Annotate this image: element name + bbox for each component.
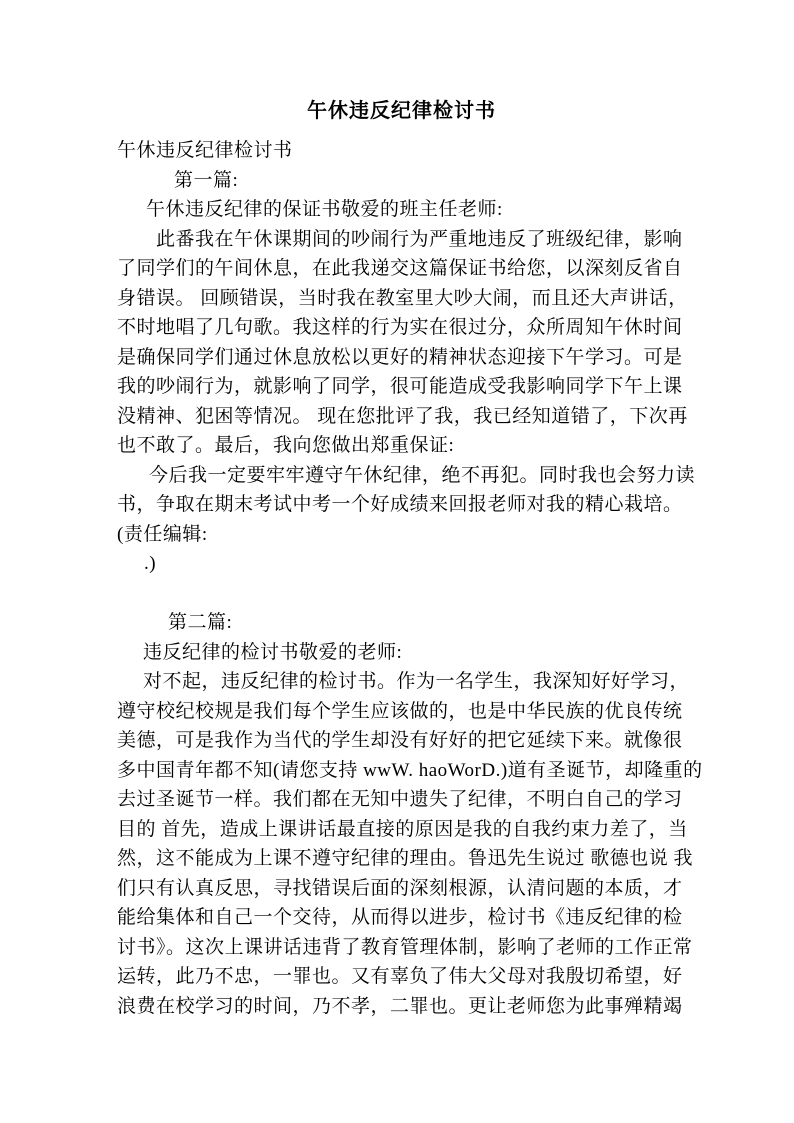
text-line: 午休违反纪律的保证书敬爱的班主任老师: — [117, 195, 686, 225]
text-line: 们只有认真反思，寻找错误后面的深刻根源，认清问题的本质，才 — [117, 874, 686, 904]
text-line: 能给集体和自己一个交待，从而得以进步，检讨书《违反纪律的检 — [117, 903, 686, 933]
text-line: 对不起，违反纪律的检讨书。作为一名学生，我深知好好学习， — [117, 667, 686, 697]
text-line: 第一篇: — [117, 166, 686, 196]
document-page: 午休违反纪律检讨书 午休违反纪律检讨书第一篇:午休违反纪律的保证书敬爱的班主任老… — [0, 0, 794, 1123]
text-line: 第二篇: — [117, 608, 686, 638]
text-line: 不时地唱了几句歌。我这样的行为实在很过分，众所周知午休时间 — [117, 313, 686, 343]
blank-line — [117, 579, 686, 609]
text-line: .) — [117, 549, 686, 579]
text-line: 身错误。 回顾错误，当时我在教室里大吵大闹，而且还大声讲话， — [117, 284, 686, 314]
text-line: 此番我在午休课期间的吵闹行为严重地违反了班级纪律，影响 — [117, 225, 686, 255]
text-line: 我的吵闹行为，就影响了同学，很可能造成受我影响同学下午上课 — [117, 372, 686, 402]
text-line: 午休违反纪律检讨书 — [117, 136, 686, 166]
text-line: 浪费在校学习的时间，乃不孝，二罪也。更让老师您为此事殚精竭 — [117, 992, 686, 1022]
text-line: 去过圣诞节一样。我们都在无知中遗失了纪律，不明白自己的学习 — [117, 785, 686, 815]
document-body: 午休违反纪律检讨书第一篇:午休违反纪律的保证书敬爱的班主任老师:此番我在午休课期… — [117, 136, 686, 1021]
text-line: 也不敢了。最后，我向您做出郑重保证: — [117, 431, 686, 461]
text-line: 是确保同学们通过休息放松以更好的精神状态迎接下午学习。可是 — [117, 343, 686, 373]
text-line: (责任编辑: — [117, 520, 686, 550]
text-line: 了同学们的午间休息，在此我递交这篇保证书给您，以深刻反省自 — [117, 254, 686, 284]
text-line: 讨书》。这次上课讲话违背了教育管理体制，影响了老师的工作正常 — [117, 933, 686, 963]
text-line: 遵守校纪校规是我们每个学生应该做的，也是中华民族的优良传统 — [117, 697, 686, 727]
text-line: 书，争取在期末考试中考一个好成绩来回报老师对我的精心栽培。 — [117, 490, 686, 520]
text-line: 美德，可是我作为当代的学生却没有好好的把它延续下来。就像很 — [117, 726, 686, 756]
text-line: 目的 首先，造成上课讲话最直接的原因是我的自我约束力差了，当 — [117, 815, 686, 845]
text-line: 违反纪律的检讨书敬爱的老师: — [117, 638, 686, 668]
text-line: 没精神、犯困等情况。 现在您批评了我，我已经知道错了，下次再 — [117, 402, 686, 432]
text-line: 运转，此乃不忠，一罪也。又有辜负了伟大父母对我殷切希望，好 — [117, 962, 686, 992]
document-title: 午休违反纪律检讨书 — [117, 96, 686, 126]
text-line: 然，这不能成为上课不遵守纪律的理由。鲁迅先生说过 歌德也说 我 — [117, 844, 686, 874]
text-line: 多中国青年都不知(请您支持 wwW. haoWorD.)道有圣诞节，却隆重的 — [117, 756, 686, 786]
text-line: 今后我一定要牢牢遵守午休纪律，绝不再犯。同时我也会努力读 — [117, 461, 686, 491]
